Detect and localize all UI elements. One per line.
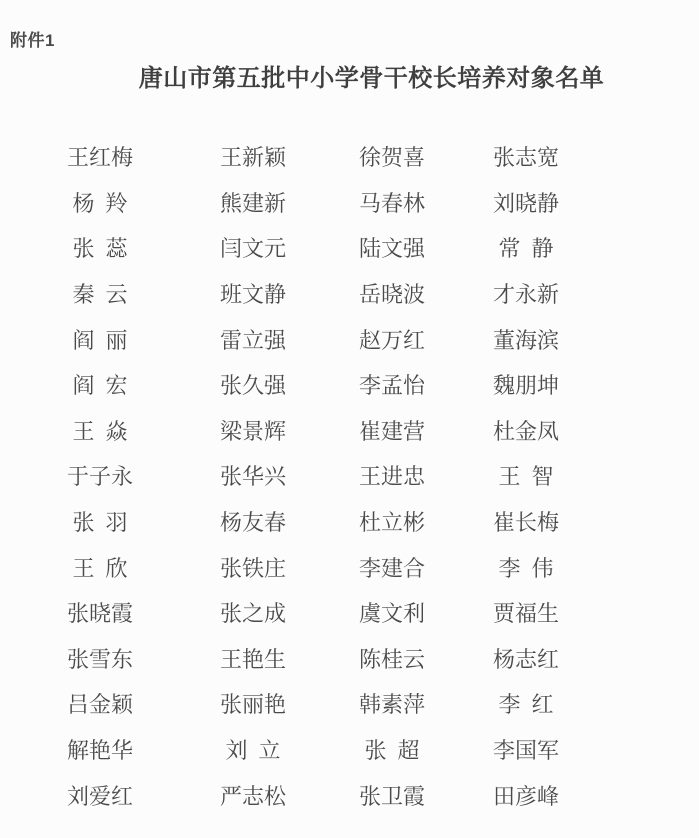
name-cell: 闫文元 xyxy=(200,232,306,263)
name-cell: 岳晓波 xyxy=(306,278,478,309)
name-cell: 熊建新 xyxy=(200,187,306,218)
document-page: 附件1 唐山市第五批中小学骨干校长培养对象名单 王红梅王新颖徐贺喜张志宽杨 羚熊… xyxy=(0,0,699,838)
name-row: 吕金颖张丽艳韩素萍李 红 xyxy=(0,681,574,727)
name-cell: 杜立彬 xyxy=(306,506,478,537)
name-cell: 张 蕊 xyxy=(0,232,200,263)
name-cell: 刘 立 xyxy=(200,734,306,765)
name-cell: 董海滨 xyxy=(478,324,574,355)
name-cell: 赵万红 xyxy=(306,324,478,355)
name-cell: 刘爱红 xyxy=(0,780,200,811)
name-cell: 张久强 xyxy=(200,369,306,400)
name-cell: 常 静 xyxy=(478,232,574,263)
name-cell: 马春林 xyxy=(306,187,478,218)
name-row: 张 蕊闫文元陆文强常 静 xyxy=(0,225,574,271)
name-cell: 解艳华 xyxy=(0,734,200,765)
name-cell: 雷立强 xyxy=(200,324,306,355)
name-row: 王 欣张铁庄李建合李 伟 xyxy=(0,544,574,590)
name-cell: 阎 丽 xyxy=(0,324,200,355)
page-title: 唐山市第五批中小学骨干校长培养对象名单 xyxy=(0,58,699,93)
name-row: 王红梅王新颖徐贺喜张志宽 xyxy=(0,134,574,180)
name-cell: 张卫霞 xyxy=(306,780,478,811)
name-cell: 李 伟 xyxy=(478,552,574,583)
name-row: 张雪东王艳生陈桂云杨志红 xyxy=(0,636,574,682)
name-cell: 虞文利 xyxy=(306,597,478,628)
name-cell: 陈桂云 xyxy=(306,643,478,674)
name-cell: 崔长梅 xyxy=(478,506,574,537)
name-cell: 阎 宏 xyxy=(0,369,200,400)
name-cell: 班文静 xyxy=(200,278,306,309)
name-cell: 李建合 xyxy=(306,552,478,583)
name-cell: 王 智 xyxy=(478,460,574,491)
name-cell: 田彦峰 xyxy=(478,780,574,811)
name-row: 秦 云班文静岳晓波才永新 xyxy=(0,271,574,317)
name-list: 王红梅王新颖徐贺喜张志宽杨 羚熊建新马春林刘晓静张 蕊闫文元陆文强常 静秦 云班… xyxy=(0,134,574,818)
name-cell: 杜金凤 xyxy=(478,415,574,446)
name-cell: 杨志红 xyxy=(478,643,574,674)
name-cell: 贾福生 xyxy=(478,597,574,628)
name-cell: 张 羽 xyxy=(0,506,200,537)
name-cell: 崔建营 xyxy=(306,415,478,446)
name-cell: 徐贺喜 xyxy=(306,141,478,172)
name-cell: 刘晓静 xyxy=(478,187,574,218)
name-cell: 才永新 xyxy=(478,278,574,309)
name-row: 阎 丽雷立强赵万红董海滨 xyxy=(0,316,574,362)
name-cell: 王 焱 xyxy=(0,415,200,446)
name-cell: 张华兴 xyxy=(200,460,306,491)
name-cell: 杨友春 xyxy=(200,506,306,537)
name-cell: 李国军 xyxy=(478,734,574,765)
name-cell: 梁景辉 xyxy=(200,415,306,446)
name-cell: 陆文强 xyxy=(306,232,478,263)
name-cell: 李 红 xyxy=(478,688,574,719)
name-cell: 于子永 xyxy=(0,460,200,491)
name-cell: 李孟怡 xyxy=(306,369,478,400)
name-row: 阎 宏张久强李孟怡魏朋坤 xyxy=(0,362,574,408)
name-cell: 张志宽 xyxy=(478,141,574,172)
name-row: 张晓霞张之成虞文利贾福生 xyxy=(0,590,574,636)
name-cell: 张丽艳 xyxy=(200,688,306,719)
name-cell: 王艳生 xyxy=(200,643,306,674)
name-cell: 秦 云 xyxy=(0,278,200,309)
name-cell: 魏朋坤 xyxy=(478,369,574,400)
name-cell: 王 欣 xyxy=(0,552,200,583)
name-row: 杨 羚熊建新马春林刘晓静 xyxy=(0,180,574,226)
name-cell: 杨 羚 xyxy=(0,187,200,218)
name-cell: 张晓霞 xyxy=(0,597,200,628)
name-cell: 张雪东 xyxy=(0,643,200,674)
name-row: 刘爱红严志松张卫霞田彦峰 xyxy=(0,772,574,818)
name-cell: 张铁庄 xyxy=(200,552,306,583)
name-cell: 吕金颖 xyxy=(0,688,200,719)
name-row: 于子永张华兴王进忠王 智 xyxy=(0,453,574,499)
name-cell: 韩素萍 xyxy=(306,688,478,719)
name-cell: 严志松 xyxy=(200,780,306,811)
name-cell: 王红梅 xyxy=(0,141,200,172)
name-cell: 王新颖 xyxy=(200,141,306,172)
name-row: 解艳华刘 立张 超李国军 xyxy=(0,727,574,773)
name-cell: 张 超 xyxy=(306,734,478,765)
attachment-label: 附件1 xyxy=(10,26,55,51)
name-cell: 张之成 xyxy=(200,597,306,628)
name-row: 张 羽杨友春杜立彬崔长梅 xyxy=(0,499,574,545)
name-row: 王 焱梁景辉崔建营杜金凤 xyxy=(0,408,574,454)
name-cell: 王进忠 xyxy=(306,460,478,491)
